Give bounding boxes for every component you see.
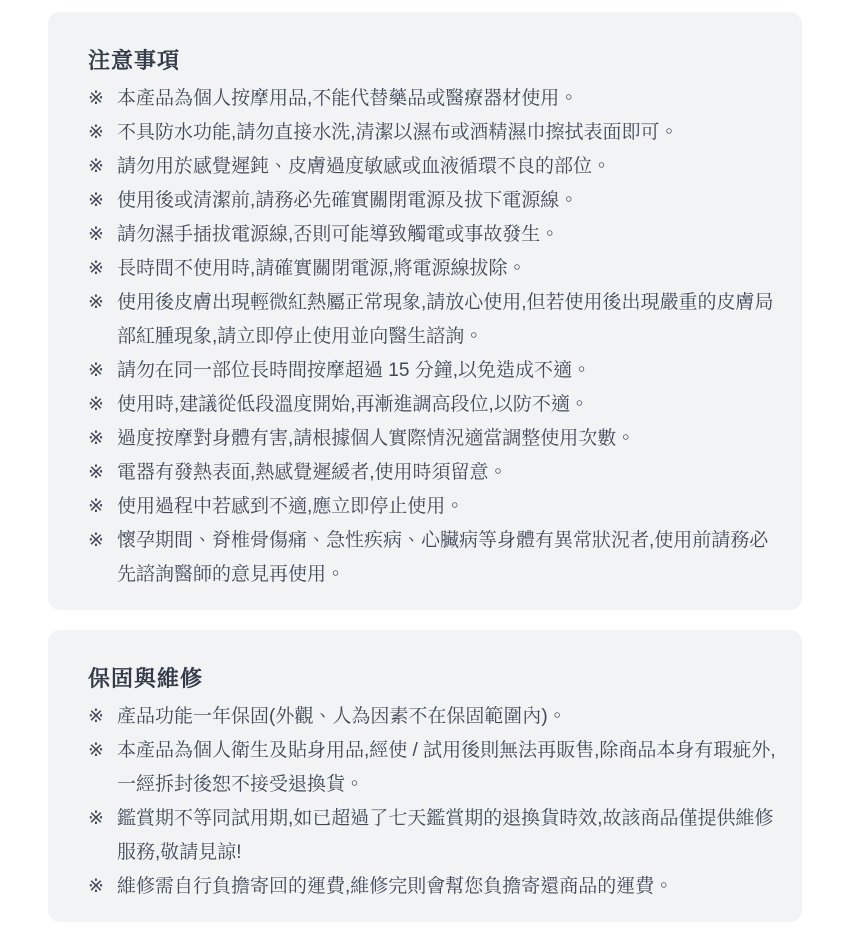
list-item: ※請勿濕手插拔電源線,否則可能導致觸電或事故發生。 [88, 218, 778, 252]
list-item: ※鑑賞期不等同試用期,如已超過了七天鑑賞期的退換貨時效,故該商品僅提供維修服務,… [88, 802, 778, 870]
note-text: 維修需自行負擔寄回的運費,維修完則會幫您負擔寄還商品的運費。 [117, 876, 673, 897]
product-info-page: 注意事項 ※本產品為個人按摩用品,不能代替藥品或醫療器材使用。 ※不具防水功能,… [0, 0, 850, 946]
note-text: 懷孕期間、脊椎骨傷痛、急性疾病、心臟病等身體有異常狀況者,使用前請務必先諮詢醫師… [117, 530, 768, 585]
precautions-title: 注意事項 [88, 46, 778, 76]
reference-mark: ※ [88, 218, 104, 252]
reference-mark: ※ [88, 870, 104, 904]
reference-mark: ※ [88, 82, 104, 116]
list-item: ※本產品為個人衛生及貼身用品,經使 / 試用後則無法再販售,除商品本身有瑕疵外,… [88, 734, 778, 802]
note-text: 請勿用於感覺遲鈍、皮膚過度敏感或血液循環不良的部位。 [117, 156, 611, 177]
warranty-list: ※產品功能一年保固(外觀、人為因素不在保固範圍內)。 ※本產品為個人衛生及貼身用… [88, 700, 778, 904]
list-item: ※不具防水功能,請勿直接水洗,清潔以濕布或酒精濕巾擦拭表面即可。 [88, 116, 778, 150]
note-text: 本產品為個人按摩用品,不能代替藥品或醫療器材使用。 [117, 88, 578, 109]
list-item: ※使用過程中若感到不適,應立即停止使用。 [88, 490, 778, 524]
list-item: ※維修需自行負擔寄回的運費,維修完則會幫您負擔寄還商品的運費。 [88, 870, 778, 904]
reference-mark: ※ [88, 456, 104, 490]
reference-mark: ※ [88, 184, 104, 218]
reference-mark: ※ [88, 734, 104, 768]
list-item: ※懷孕期間、脊椎骨傷痛、急性疾病、心臟病等身體有異常狀況者,使用前請務必先諮詢醫… [88, 524, 778, 592]
warranty-card: 保固與維修 ※產品功能一年保固(外觀、人為因素不在保固範圍內)。 ※本產品為個人… [48, 630, 802, 922]
reference-mark: ※ [88, 490, 104, 524]
reference-mark: ※ [88, 524, 104, 558]
precautions-card: 注意事項 ※本產品為個人按摩用品,不能代替藥品或醫療器材使用。 ※不具防水功能,… [48, 12, 802, 610]
reference-mark: ※ [88, 354, 104, 388]
list-item: ※請勿在同一部位長時間按摩超過 15 分鐘,以免造成不適。 [88, 354, 778, 388]
note-text: 長時間不使用時,請確實關閉電源,將電源線拔除。 [117, 258, 527, 279]
note-text: 請勿濕手插拔電源線,否則可能導致觸電或事故發生。 [117, 224, 559, 245]
list-item: ※本產品為個人按摩用品,不能代替藥品或醫療器材使用。 [88, 82, 778, 116]
list-item: ※產品功能一年保固(外觀、人為因素不在保固範圍內)。 [88, 700, 778, 734]
note-text: 本產品為個人衛生及貼身用品,經使 / 試用後則無法再販售,除商品本身有瑕疵外,一… [117, 740, 776, 795]
reference-mark: ※ [88, 422, 104, 456]
note-text: 使用後皮膚出現輕微紅熱屬正常現象,請放心使用,但若使用後出現嚴重的皮膚局部紅腫現… [117, 292, 774, 347]
note-text: 不具防水功能,請勿直接水洗,清潔以濕布或酒精濕巾擦拭表面即可。 [117, 122, 679, 143]
note-text: 使用時,建議從低段溫度開始,再漸進調高段位,以防不適。 [117, 394, 589, 415]
reference-mark: ※ [88, 150, 104, 184]
note-text: 使用後或清潔前,請務必先確實關閉電源及拔下電源線。 [117, 190, 578, 211]
reference-mark: ※ [88, 700, 104, 734]
reference-mark: ※ [88, 252, 104, 286]
list-item: ※使用時,建議從低段溫度開始,再漸進調高段位,以防不適。 [88, 388, 778, 422]
list-item: ※使用後皮膚出現輕微紅熱屬正常現象,請放心使用,但若使用後出現嚴重的皮膚局部紅腫… [88, 286, 778, 354]
note-text: 電器有發熱表面,熱感覺遲緩者,使用時須留意。 [117, 462, 508, 483]
precautions-list: ※本產品為個人按摩用品,不能代替藥品或醫療器材使用。 ※不具防水功能,請勿直接水… [88, 82, 778, 592]
list-item: ※請勿用於感覺遲鈍、皮膚過度敏感或血液循環不良的部位。 [88, 150, 778, 184]
note-text: 鑑賞期不等同試用期,如已超過了七天鑑賞期的退換貨時效,故該商品僅提供維修服務,敬… [117, 808, 774, 863]
reference-mark: ※ [88, 286, 104, 320]
list-item: ※電器有發熱表面,熱感覺遲緩者,使用時須留意。 [88, 456, 778, 490]
warranty-title: 保固與維修 [88, 664, 778, 694]
note-text: 請勿在同一部位長時間按摩超過 15 分鐘,以免造成不適。 [117, 360, 591, 381]
reference-mark: ※ [88, 802, 104, 836]
list-item: ※過度按摩對身體有害,請根據個人實際情況適當調整使用次數。 [88, 422, 778, 456]
reference-mark: ※ [88, 116, 104, 150]
note-text: 過度按摩對身體有害,請根據個人實際情況適當調整使用次數。 [117, 428, 635, 449]
list-item: ※長時間不使用時,請確實關閉電源,將電源線拔除。 [88, 252, 778, 286]
note-text: 產品功能一年保固(外觀、人為因素不在保固範圍內)。 [117, 706, 567, 727]
note-text: 使用過程中若感到不適,應立即停止使用。 [117, 496, 464, 517]
reference-mark: ※ [88, 388, 104, 422]
list-item: ※使用後或清潔前,請務必先確實關閉電源及拔下電源線。 [88, 184, 778, 218]
